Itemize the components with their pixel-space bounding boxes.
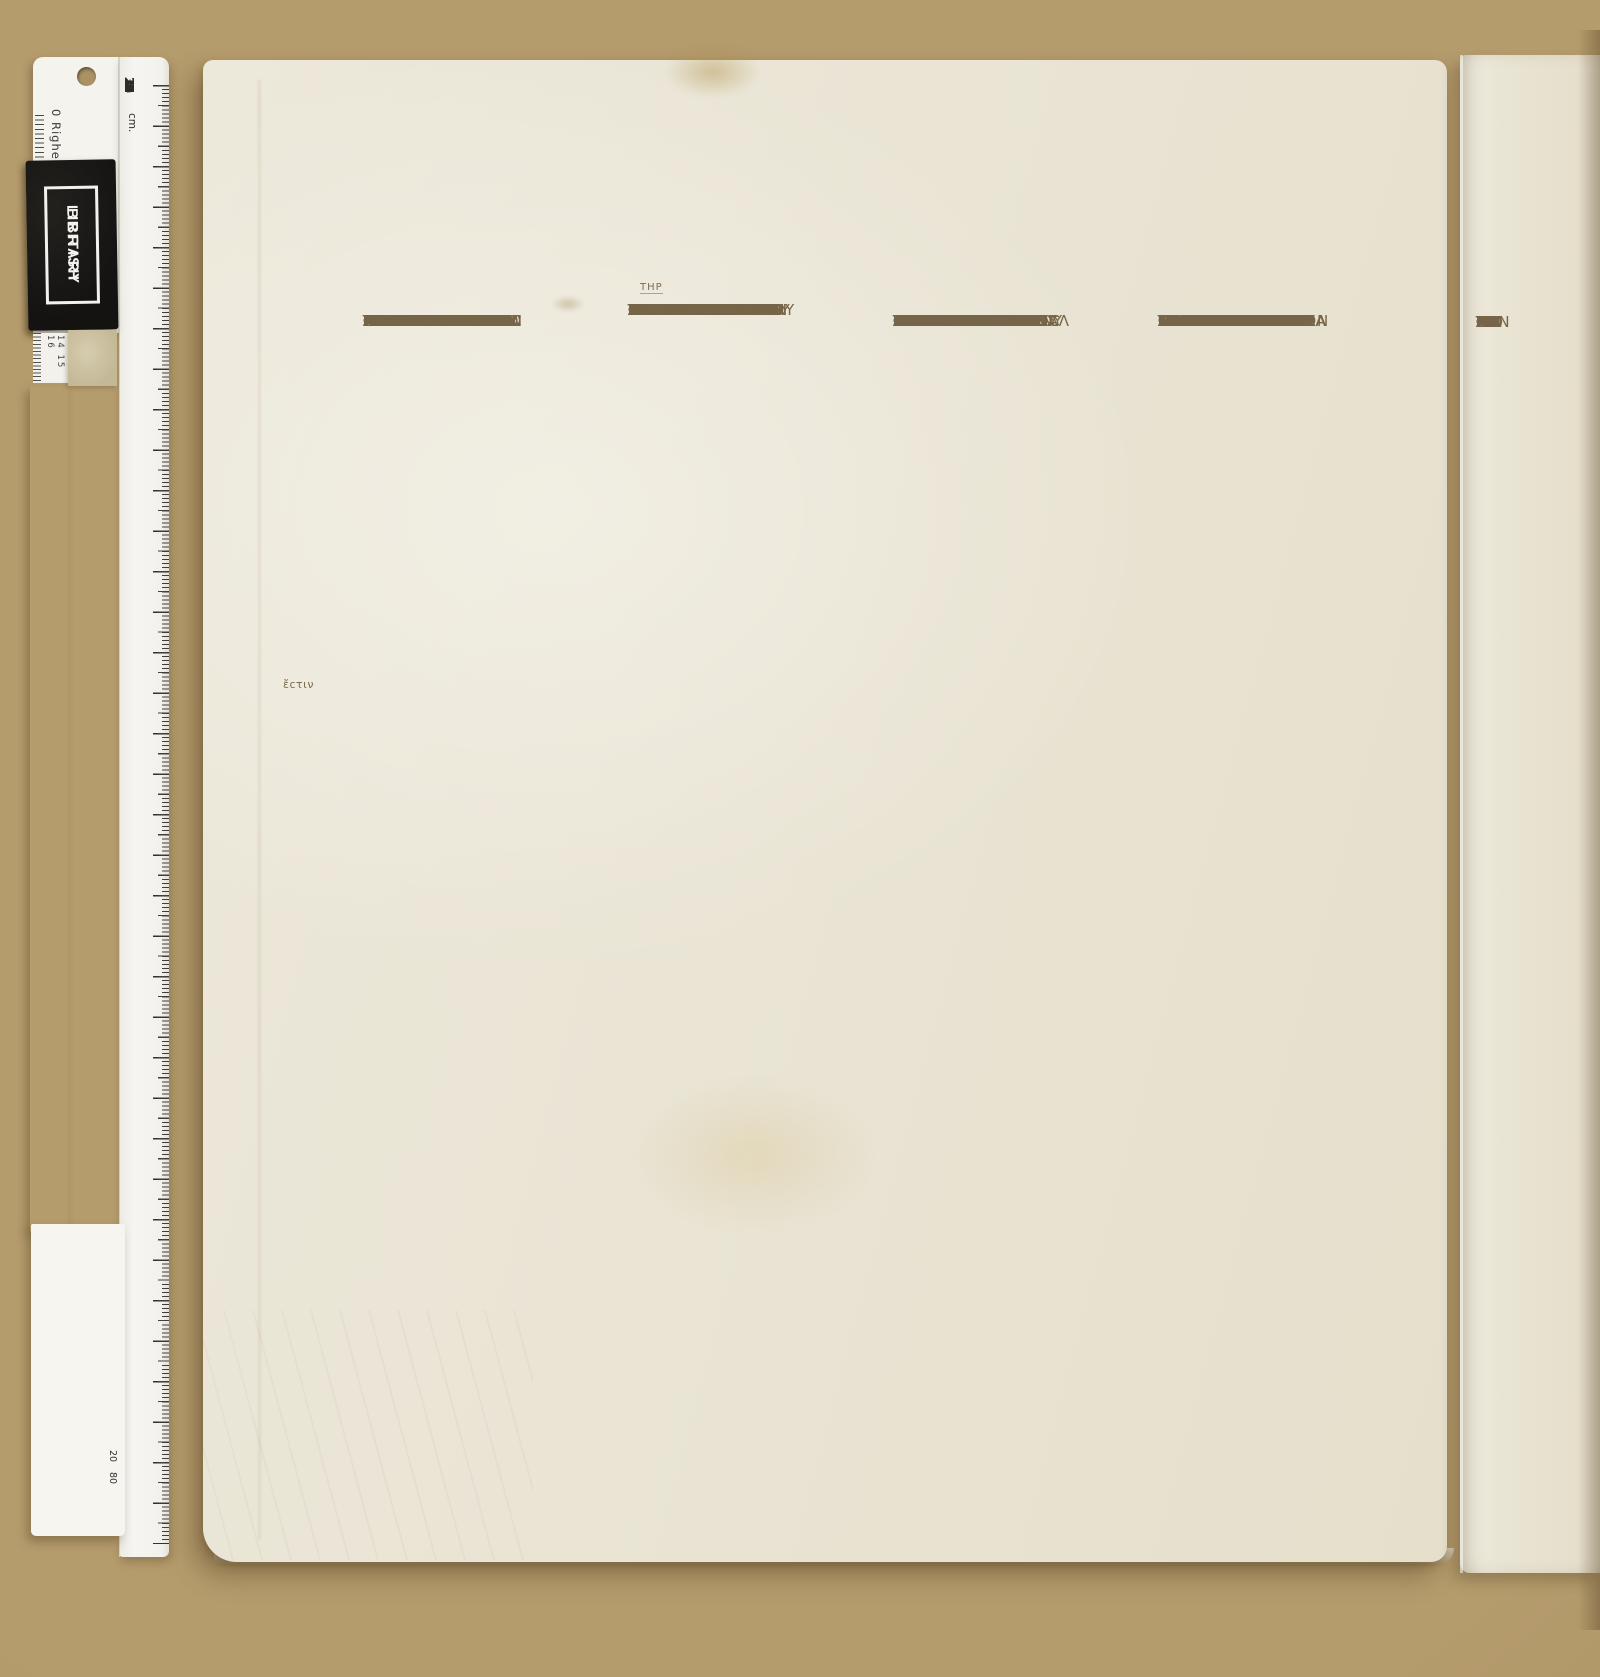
text-line: ϹΤΙΝΚΑΙΟΚΟϹΜΟϹ <box>893 311 1043 331</box>
parchment-stain-top <box>665 46 760 98</box>
parchment-stain-small <box>551 296 585 312</box>
ruler-hang-hole <box>77 67 96 86</box>
interlinear-correction: ΤΗΡ <box>640 282 663 294</box>
text-line: ЄΝΤΟΛΑϹΑΥΤΟΥΦΥ <box>363 311 518 331</box>
parchment-stain <box>633 1080 873 1230</box>
parchment-wrinkles <box>203 1310 533 1560</box>
binding-edge <box>1578 30 1600 1630</box>
calibration-bottom-mark-20: 20 <box>107 1450 118 1462</box>
text-line: ЄΝΑΥΤѠΟΔЄΜΙϹѠ <box>628 300 777 320</box>
text-line-fragment: ΤΟ <box>1476 312 1499 333</box>
british-library-tab: BRITISH LIBRARY <box>26 159 119 331</box>
ruler-mm-ticks <box>162 85 169 1543</box>
calibration-card-bottom: 20 80 <box>31 1224 125 1536</box>
photograph-of-codex-page: 0 Righe Tip. 1 1 2 3 4 01234567891011121… <box>0 0 1600 1677</box>
calibration-bottom-mark-80: 80 <box>107 1472 118 1484</box>
ruler-unit-label: cm. <box>126 113 138 132</box>
ruler-mid-scale-ticks <box>33 333 41 383</box>
calibration-card-top <box>68 330 117 386</box>
color-calibration-strip <box>68 386 117 1224</box>
grayscale-wedge <box>30 386 68 1232</box>
manuscript-page: ἔϲτιν ΤΗΡ ΤΗΝΑΛΗΘΙΑΝЄΑΝΔЄЄΝΤѠΦѠΤΙΠЄΡΙΠΑΤ… <box>203 60 1447 1562</box>
ruler: 0123456789101112131415161718192021222324… <box>119 57 169 1557</box>
british-library-logo: BRITISH LIBRARY <box>44 186 100 305</box>
text-line: ΝΥΜΙΝΜЄΝЄΤѠ <box>1158 311 1284 331</box>
ruler-cm-number: 36 <box>122 65 137 106</box>
margin-note: ἔϲτιν <box>283 678 314 691</box>
british-library-logo-line2: LIBRARY <box>63 205 80 285</box>
